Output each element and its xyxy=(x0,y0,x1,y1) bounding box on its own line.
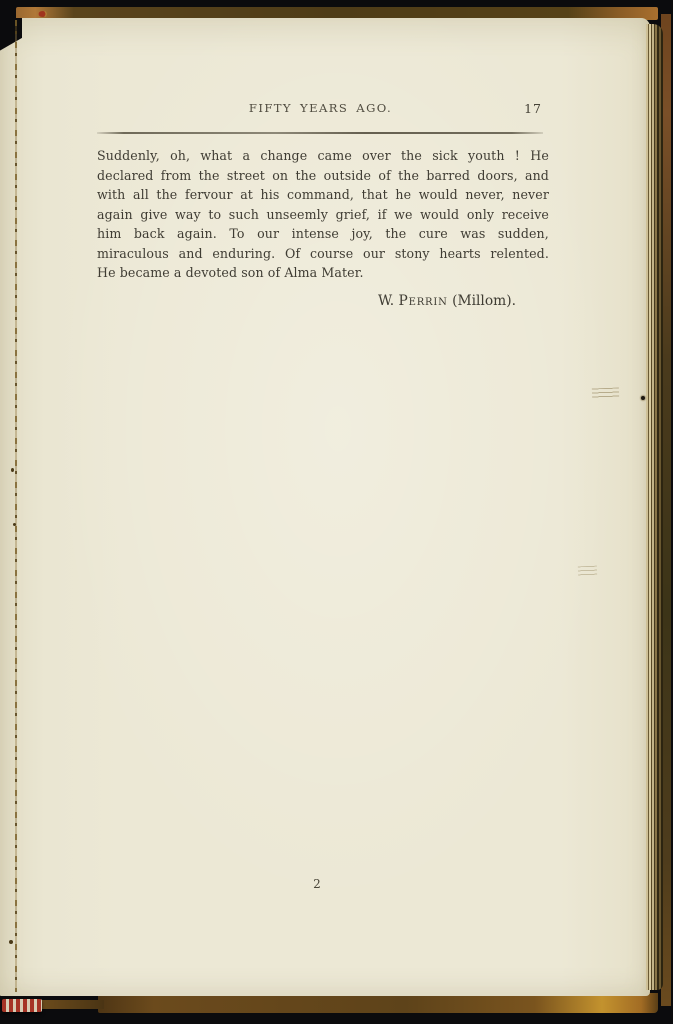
paragraph-line: He became a devoted son of Alma Mater. xyxy=(97,263,549,283)
gathering-mark: 2 xyxy=(97,877,537,891)
page-edge-stack xyxy=(646,24,663,990)
paragraph-line: miraculousandenduring.Ofcourseourstonyhe… xyxy=(97,244,549,264)
stitch-speck xyxy=(13,523,16,526)
ink-speck xyxy=(641,396,645,400)
cover-edge-bottom xyxy=(98,993,658,1013)
running-head: FIFTY YEARS AGO. 17 xyxy=(97,101,544,115)
paragraph-line: declaredfromthestreetontheoutsideoftheba… xyxy=(97,166,549,186)
scratch-mark xyxy=(592,388,619,399)
endband xyxy=(2,999,42,1012)
paragraph-line: withallthefervourathiscommand,thathewoul… xyxy=(97,185,549,205)
scratch-mark xyxy=(578,566,597,577)
signature-name: Perrin xyxy=(399,293,448,309)
signature-prefix: W. xyxy=(378,293,394,309)
header-rule xyxy=(97,132,543,134)
running-head-title: FIFTY YEARS AGO. xyxy=(249,101,392,115)
paragraph-line: Suddenly,oh,whatachangecameoverthesickyo… xyxy=(97,146,549,166)
signature-suffix: (Millom). xyxy=(452,293,516,309)
stitch-speck xyxy=(11,468,14,472)
folio-number: 17 xyxy=(524,101,542,116)
signature-line: W. Perrin (Millom). xyxy=(97,293,549,309)
background-notch xyxy=(0,18,22,64)
stitch-speck xyxy=(9,940,13,944)
cover-corner-ornament xyxy=(38,11,48,17)
spine-stitch-line xyxy=(15,20,17,992)
book-photograph: FIFTY YEARS AGO. 17 Suddenly,oh,whatacha… xyxy=(0,0,673,1024)
body-paragraph: Suddenly,oh,whatachangecameoverthesickyo… xyxy=(97,146,549,283)
paragraph-line: againgivewaytosuchunseemlygrief,ifwewoul… xyxy=(97,205,549,225)
paragraph-line: himbackagain.Toourintensejoy,thecurewass… xyxy=(97,224,549,244)
